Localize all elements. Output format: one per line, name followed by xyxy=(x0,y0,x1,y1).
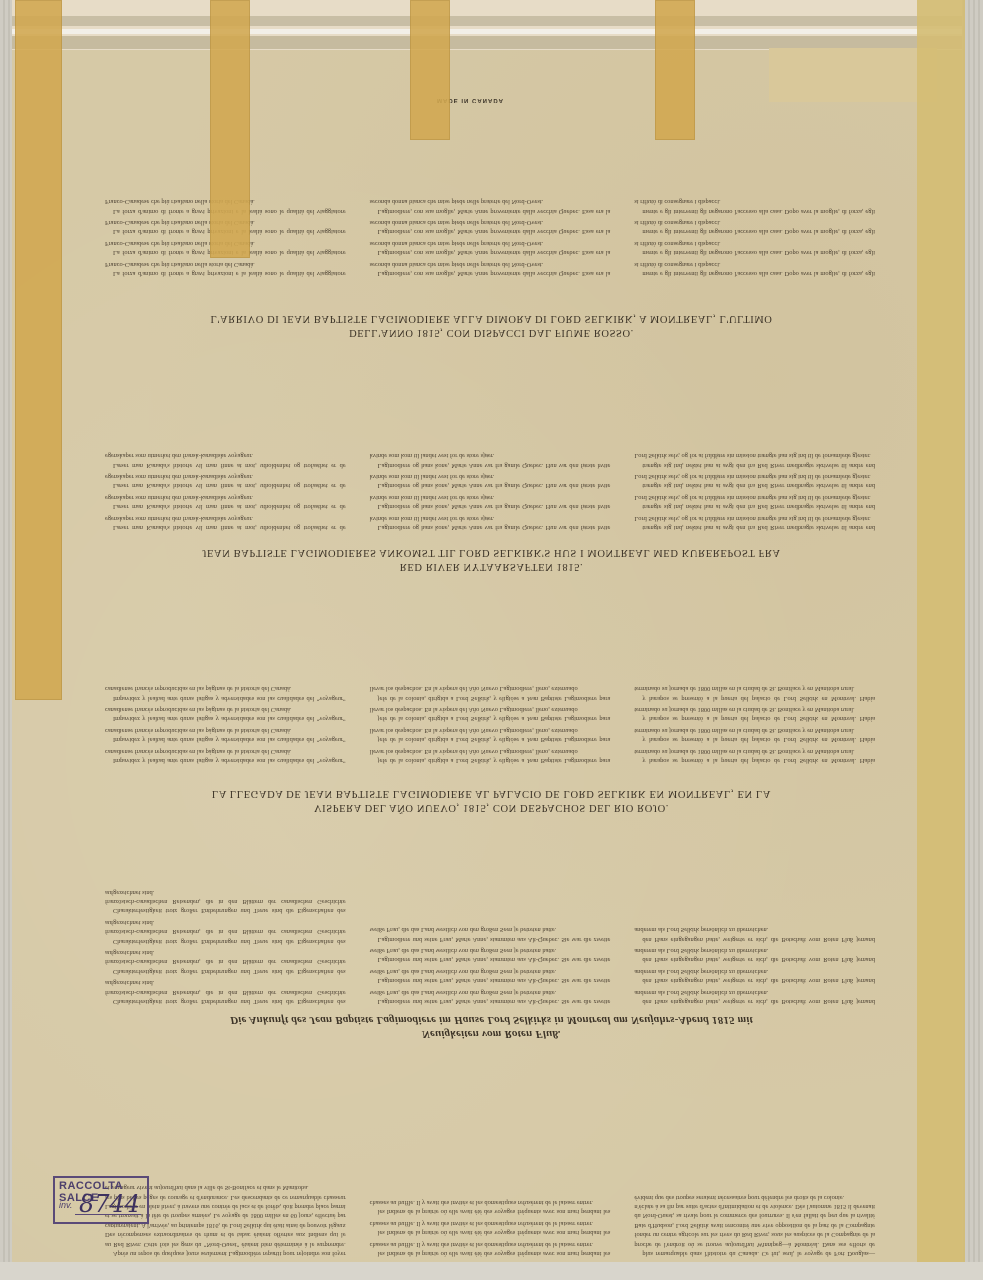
text-column: plus remarquable dans l'histoire du Cana… xyxy=(634,1058,875,1258)
heading-line: VISPERA DEL AÑO NUEVO, 1815, CON DESPACH… xyxy=(0,800,983,814)
text-column: trængte sig ind, nektet han at avgi den … xyxy=(634,352,875,532)
text-column: Lagimodiere og hans kone, Marie Anne var… xyxy=(370,352,611,532)
text-column: den Hans eingegangen hatte, weigerte er … xyxy=(634,826,875,1006)
text-column: les Indiens de la prairie où elle avait … xyxy=(370,1058,611,1258)
heading-line: JEAN BAPTISTE LAGIMODIERES ANKOMST TIL L… xyxy=(0,545,983,559)
section-spanish-heading: VISPERA DEL AÑO NUEVO, 1815, CON DESPACH… xyxy=(0,786,983,814)
section-german-body: Charakterfestigkeit trotz großer Entbehr… xyxy=(105,826,875,1006)
section-spanish-body: Impavidez y lealtad ante duras fatigas y… xyxy=(105,585,875,765)
wall-bottom-edge xyxy=(0,1262,983,1280)
heading-line: Neuigkeiten vom Roten Fluß. xyxy=(0,1027,983,1041)
text-column: jefe de la colonia, dirigida a Lord Selk… xyxy=(370,585,611,765)
stamp-underline xyxy=(75,1214,141,1215)
heading-line: LA LLEGADA DE JEAN BAPTISTE LAGIMODIERE … xyxy=(0,786,983,800)
heading-line: Die Ankunft des Jean Baptiste Lagimodier… xyxy=(0,1013,983,1027)
section-norwegian-heading: RED RIVER NYTAARSAFTEN 1815. JEAN BAPTIS… xyxy=(0,545,983,573)
text-column: Lagimodiere, con sua moglie, Marie Anne … xyxy=(370,108,611,278)
text-column: Læser man Kanada's historie vil man finn… xyxy=(105,352,346,532)
text-column: Lagimodiere und seine Frau, Marie Anne, … xyxy=(370,826,611,1006)
text-column: Après un repos de quelques jours seuleme… xyxy=(105,1058,346,1258)
tape-strip xyxy=(410,0,450,140)
section-italian-heading: DELL'ANNO 1815, CON DISPACCI DAL FIUME R… xyxy=(0,311,983,339)
mount-strip-white xyxy=(12,29,962,34)
mount-strip xyxy=(12,16,962,26)
tape-strip-right xyxy=(917,0,965,1262)
section-norwegian-body: Læser man Kanada's historie vil man finn… xyxy=(105,352,875,532)
tape-strip xyxy=(655,0,695,140)
text-column: Charakterfestigkeit trotz großer Entbehr… xyxy=(105,826,346,1006)
tape-strip xyxy=(210,0,250,258)
section-french-body: Après un repos de quelques jours seuleme… xyxy=(105,1058,875,1258)
heading-line: RED RIVER NYTAARSAFTEN 1815. xyxy=(0,559,983,573)
paper-flap xyxy=(769,48,937,102)
text-column: Impavidez y lealtad ante duras fatigas y… xyxy=(105,585,346,765)
section-german-heading: Neuigkeiten vom Roten Fluß. Die Ankunft … xyxy=(0,1013,983,1041)
heading-line: DELL'ANNO 1815, CON DISPACCI DAL FIUME R… xyxy=(0,325,983,339)
collection-stamp: RACCOLTA SALCE inv. 8744 xyxy=(53,1176,149,1224)
tape-strip xyxy=(15,0,62,700)
text-column: y harapos se presentó a la puerta del pa… xyxy=(634,585,875,765)
heading-line: L'ARRIVO DI JEAN BAPTISTE LAGIMODIERE AL… xyxy=(0,311,983,325)
stamp-inv-label: inv. xyxy=(59,1200,72,1210)
